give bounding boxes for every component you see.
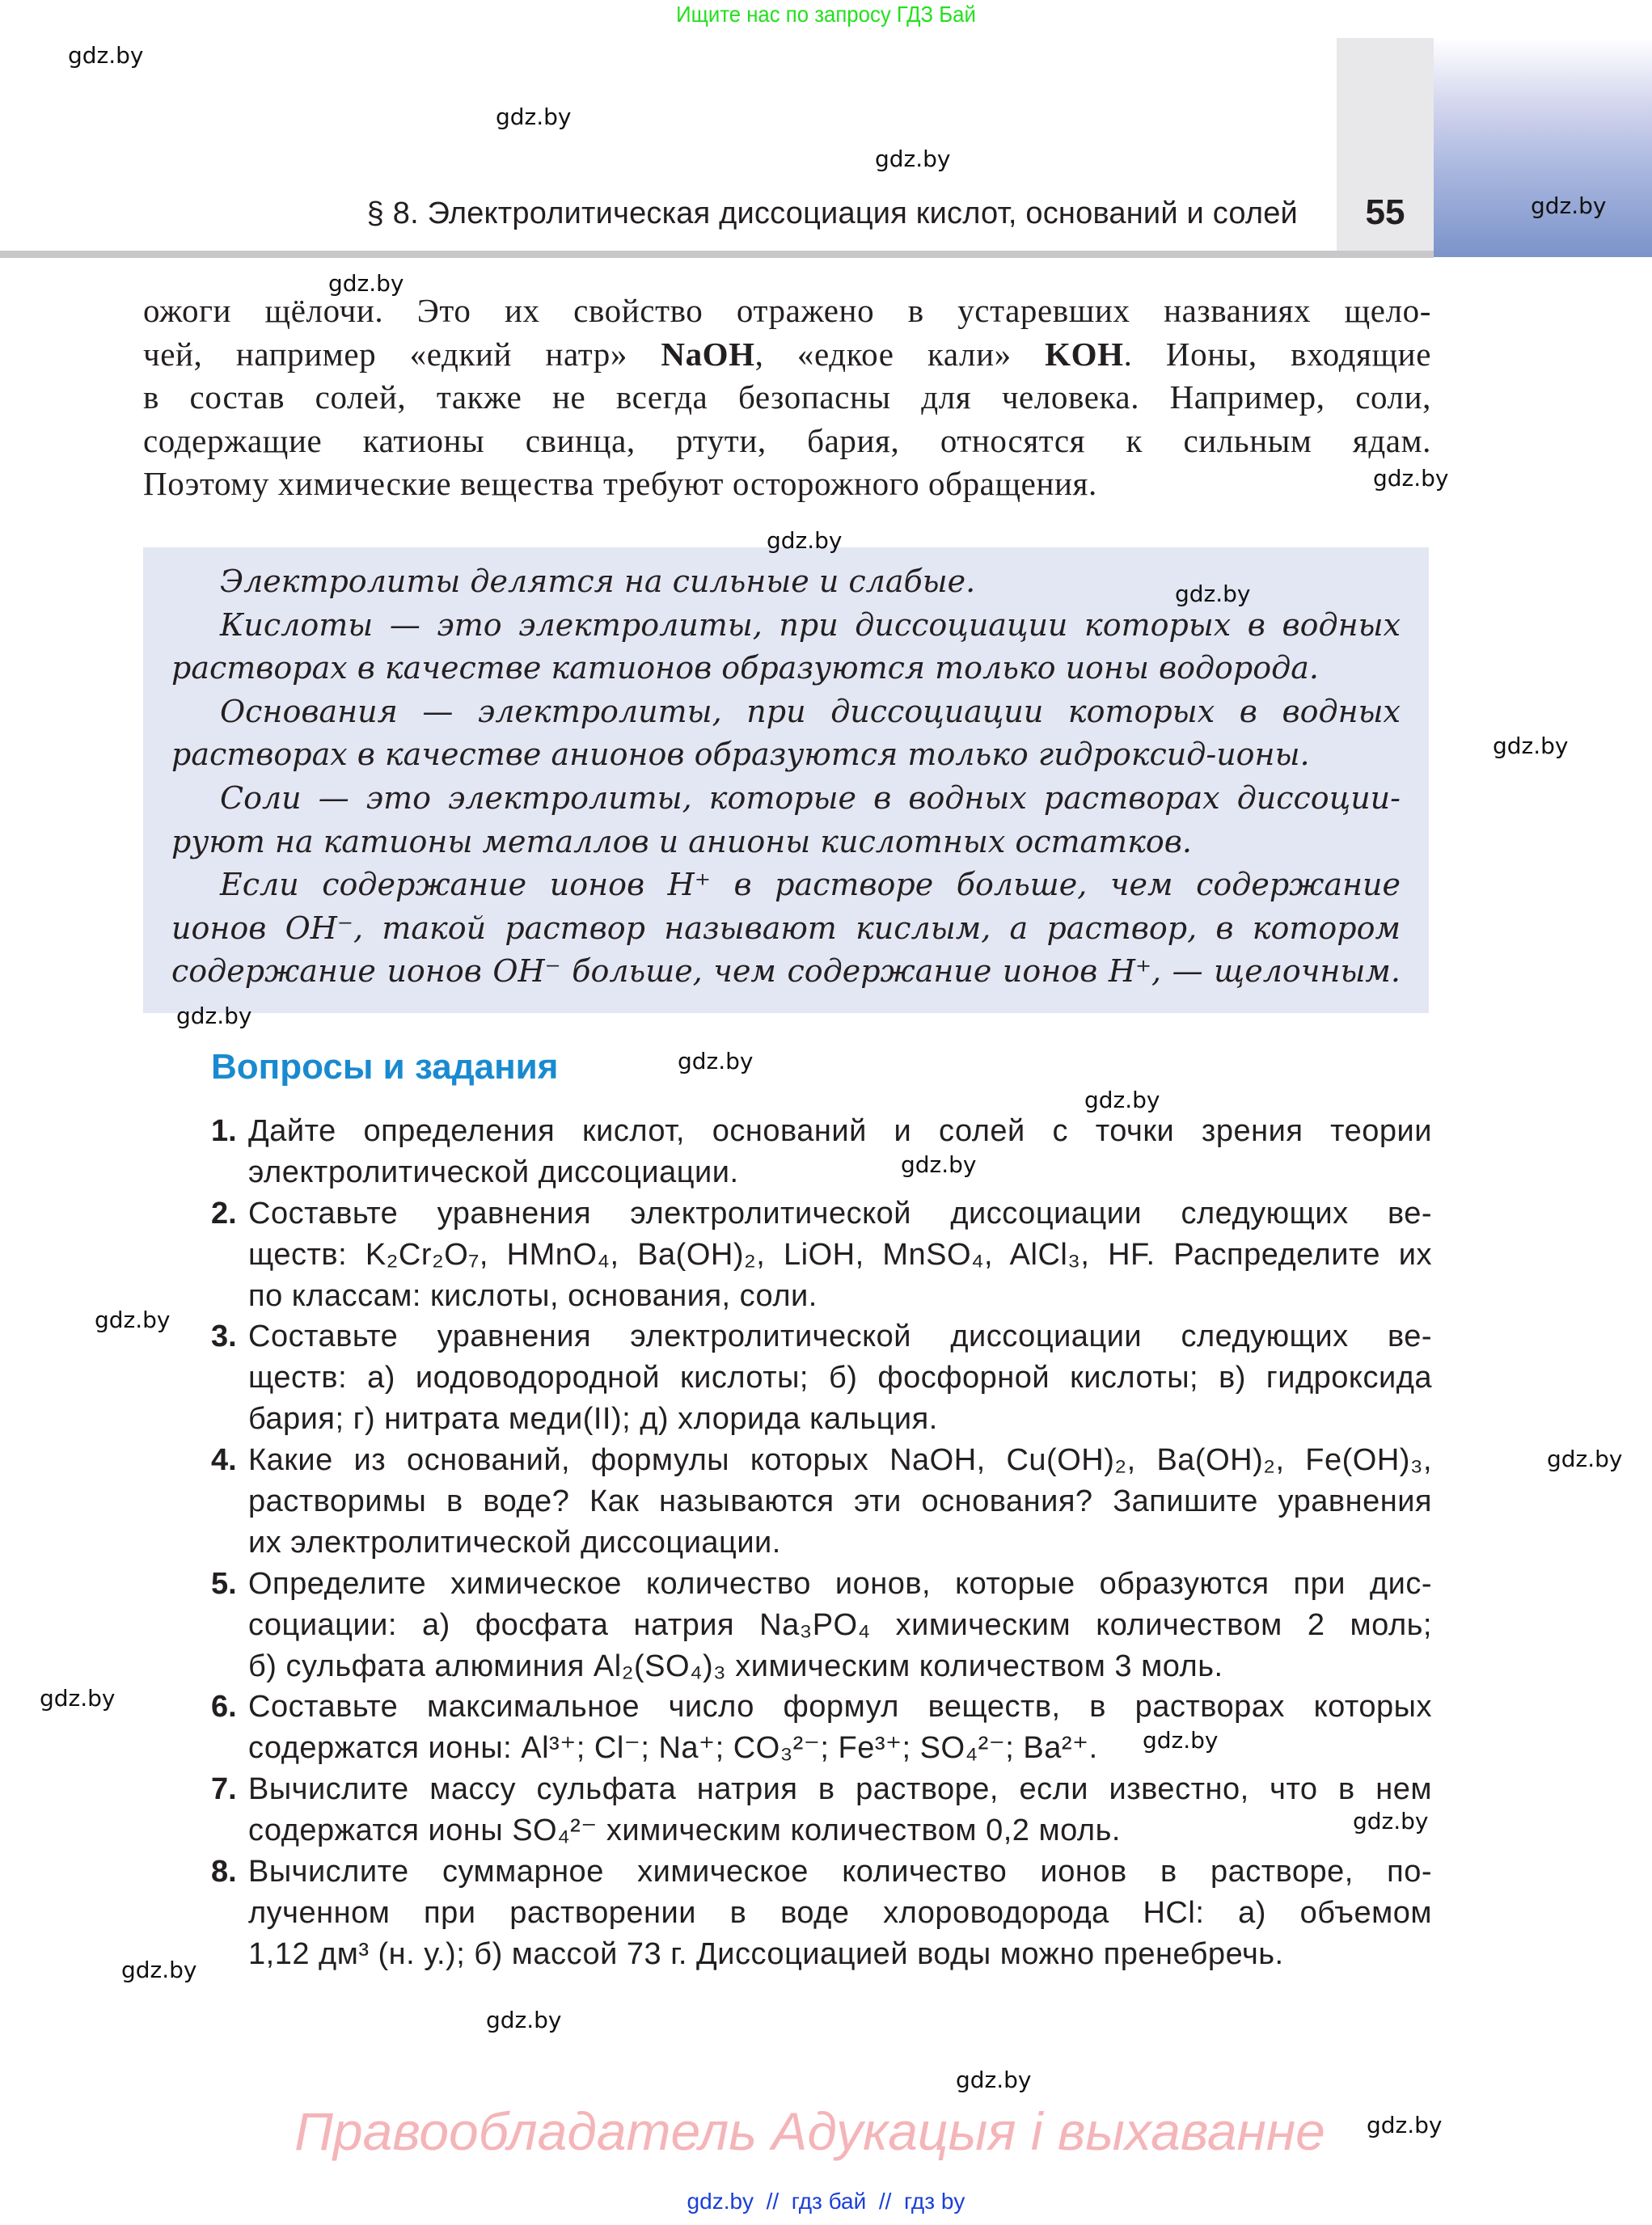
- watermark: gdz.by: [1143, 1727, 1219, 1754]
- question-line: Дайте определения кислот, оснований и со…: [248, 1111, 1432, 1152]
- definition-line: руют на катионы металлов и анионы кислот…: [171, 821, 1401, 864]
- question-line: Какие из оснований, формулы которых NaOH…: [248, 1440, 1432, 1481]
- formula-naoh: NaOH: [661, 336, 754, 373]
- question-item: 5.Определите химическое количество ионов…: [211, 1564, 1432, 1687]
- question-number: 7.: [211, 1769, 237, 1810]
- footer-links: gdz.by // гдз бай // гдз by: [0, 2189, 1652, 2214]
- question-line: растворимы в воде? Как называются эти ос…: [248, 1481, 1432, 1522]
- question-item: 1.Дайте определения кислот, оснований и …: [211, 1111, 1432, 1193]
- watermark: gdz.by: [1353, 1808, 1429, 1834]
- question-number: 8.: [211, 1851, 237, 1893]
- question-line: по классам: кислоты, основания, соли.: [248, 1276, 1432, 1317]
- footer-link-gdz-by[interactable]: gdz.by: [687, 2189, 754, 2214]
- question-item: 8.Вычислите суммарное химическое количес…: [211, 1851, 1432, 1975]
- question-line: Вычислите суммарное химическое количеств…: [248, 1851, 1432, 1893]
- paragraph-line: в состав солей, также не всегда безопасн…: [143, 376, 1431, 420]
- watermark: gdz.by: [1373, 465, 1449, 492]
- watermark: gdz.by: [875, 146, 951, 172]
- watermark: gdz.by: [40, 1685, 116, 1712]
- paragraph-line: Поэтому химические вещества требуют осто…: [143, 462, 1431, 506]
- watermark: gdz.by: [1175, 581, 1251, 607]
- definition-line: Кислоты — это электролиты, при диссоциац…: [171, 604, 1401, 648]
- watermark: gdz.by: [486, 2007, 562, 2033]
- running-header-title: § 8. Электролитическая диссоциация кисло…: [367, 196, 1298, 231]
- formula-koh: KOH: [1045, 336, 1123, 373]
- question-line: Составьте уравнения электролитической ди…: [248, 1316, 1432, 1357]
- question-line: 1,12 дм³ (н. у.); б) массой 73 г. Диссоц…: [248, 1934, 1432, 1975]
- question-number: 5.: [211, 1564, 237, 1605]
- body-paragraph: ожоги щёлочи. Это их свойство отражено в…: [143, 289, 1431, 506]
- footer-separator: //: [760, 2189, 792, 2214]
- top-banner: Ищите нас по запросу ГДЗ Бай: [66, 2, 1587, 27]
- question-line: электролитической диссоциации.: [248, 1152, 1432, 1193]
- question-line: бария; г) нитрата меди(II); д) хлорида к…: [248, 1399, 1432, 1440]
- question-line: социации: а) фосфата натрия Na₃PO₄ химич…: [248, 1605, 1432, 1646]
- watermark: gdz.by: [901, 1151, 977, 1178]
- definition-line: растворах в качестве анионов образуются …: [171, 733, 1401, 777]
- question-line: ществ: K₂Cr₂O₇, HMnO₄, Ba(OH)₂, LiOH, Mn…: [248, 1235, 1432, 1276]
- question-number: 3.: [211, 1316, 237, 1357]
- question-number: 1.: [211, 1111, 237, 1152]
- footer-link-gdz-bai[interactable]: гдз бай: [792, 2189, 867, 2214]
- watermark: gdz.by: [328, 270, 404, 297]
- watermark: gdz.by: [68, 42, 144, 69]
- watermark: gdz.by: [1531, 192, 1607, 219]
- questions-list: 1.Дайте определения кислот, оснований и …: [211, 1111, 1432, 1975]
- paragraph-line: содержащие катионы свинца, ртути, бария,…: [143, 420, 1431, 463]
- question-number: 2.: [211, 1193, 237, 1235]
- question-line: Составьте максимальное число формул веще…: [248, 1687, 1432, 1728]
- watermark: gdz.by: [678, 1048, 754, 1075]
- question-line: ществ: а) иодоводородной кислоты; б) фос…: [248, 1357, 1432, 1399]
- question-number: 4.: [211, 1440, 237, 1481]
- definition-line: Если содержание ионов H⁺ в растворе боль…: [171, 863, 1401, 907]
- page-number: 55: [1337, 192, 1434, 233]
- question-item: 7.Вычислите массу сульфата натрия в раст…: [211, 1769, 1432, 1851]
- header-gradient-block: [1434, 38, 1652, 257]
- question-line: содержатся ионы SO₄²⁻ химическим количес…: [248, 1810, 1432, 1851]
- question-item: 3.Составьте уравнения электролитической …: [211, 1316, 1432, 1440]
- question-line: Составьте уравнения электролитической ди…: [248, 1193, 1432, 1235]
- question-line: б) сульфата алюминия Al₂(SO₄)₃ химически…: [248, 1646, 1432, 1687]
- question-line: лученном при растворении в воде хлоровод…: [248, 1893, 1432, 1934]
- watermark: gdz.by: [176, 1003, 252, 1029]
- watermark: gdz.by: [1547, 1446, 1623, 1472]
- definition-line: растворах в качестве катионов образуются…: [171, 647, 1401, 690]
- definition-box-text: Электролиты делятся на сильные и слабые.…: [171, 560, 1401, 994]
- header-rule: [0, 251, 1434, 258]
- watermark: gdz.by: [956, 2067, 1032, 2093]
- definition-line: Основания — электролиты, при диссоциации…: [171, 690, 1401, 734]
- watermark: gdz.by: [496, 103, 572, 130]
- watermark: gdz.by: [767, 527, 843, 554]
- question-item: 4.Какие из оснований, формулы которых Na…: [211, 1440, 1432, 1564]
- footer-separator: //: [872, 2189, 904, 2214]
- question-line: Вычислите массу сульфата натрия в раство…: [248, 1769, 1432, 1810]
- question-item: 2.Составьте уравнения электролитической …: [211, 1193, 1432, 1317]
- watermark: gdz.by: [95, 1307, 171, 1333]
- footer-link-gdz-by-cyr[interactable]: гдз by: [904, 2189, 965, 2214]
- question-line: содержатся ионы: Al³⁺; Cl⁻; Na⁺; CO₃²⁻; …: [248, 1728, 1432, 1769]
- watermark: gdz.by: [121, 1957, 197, 1983]
- definition-line: содержание ионов OH⁻ больше, чем содержа…: [171, 950, 1401, 994]
- watermark: gdz.by: [1367, 2112, 1443, 2138]
- definition-line: ионов OH⁻, такой раствор называют кислым…: [171, 907, 1401, 951]
- questions-heading: Вопросы и задания: [211, 1047, 558, 1087]
- watermark: gdz.by: [1493, 733, 1569, 759]
- paragraph-line: чей, например «едкий натр» NaOH, «едкое …: [143, 333, 1431, 377]
- watermark: gdz.by: [1084, 1087, 1160, 1113]
- definition-line: Соли — это электролиты, которые в водных…: [171, 777, 1401, 821]
- question-line: их электролитической диссоциации.: [248, 1522, 1432, 1564]
- question-line: Определите химическое количество ионов, …: [248, 1564, 1432, 1605]
- question-item: 6.Составьте максимальное число формул ве…: [211, 1687, 1432, 1769]
- question-number: 6.: [211, 1687, 237, 1728]
